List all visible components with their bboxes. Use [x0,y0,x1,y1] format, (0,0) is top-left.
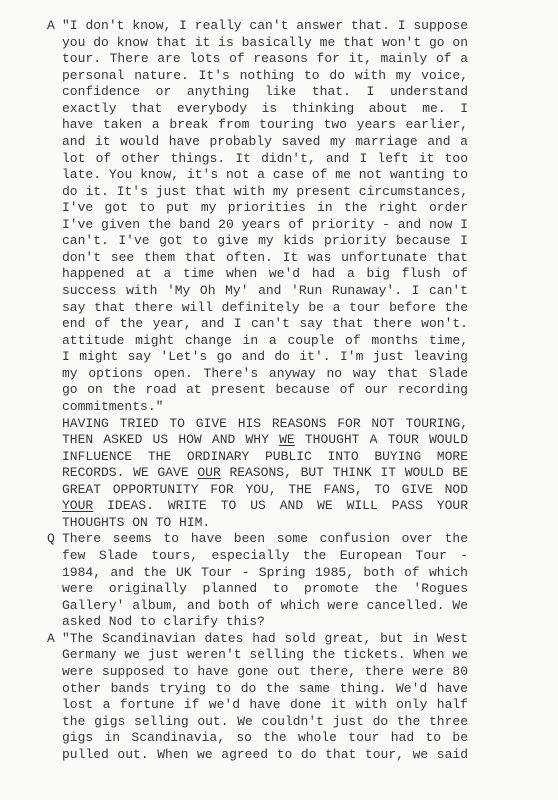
text-line: THEN ASKED US HOW AND WHY WE THOUGHT A T… [62,432,468,449]
text-run: "The Scandinavian dates had sold great, … [62,631,468,646]
text-line: can't. I've got to give my kids priority… [62,233,468,250]
underlined-word: OUR [197,465,220,480]
text-run: THOUGHT A TOUR WOULD [295,432,468,447]
text-run: gigs in Scandinavia, so the whole tour h… [62,730,468,745]
text-line: lot of other things. It didn't, and I le… [62,151,468,168]
text-run: RECORDS. WE GAVE [62,465,197,480]
text-line: YOUR IDEAS. WRITE TO US AND WE WILL PASS… [62,498,468,515]
text-line: personal nature. It's nothing to do with… [62,68,468,85]
text-run: I've given the band 20 years of priority… [62,217,468,232]
text-run: pulled out. When we agreed to do that to… [62,747,468,762]
text-run: end of the year, and I can't say that th… [62,316,468,333]
text-line: There seems to have been some confusion … [62,531,468,548]
text-line: you do know that it is basically me that… [62,35,468,52]
text-line: and it would have probably saved my marr… [62,134,468,151]
text-run: asked Nod to clarify this? [62,614,265,629]
text-line: "The Scandinavian dates had sold great, … [62,631,468,648]
text-line: end of the year, and I can't say that th… [62,316,468,333]
text-run: the gigs selling out. We couldn't just d… [62,714,468,729]
text-line: commitments." [62,399,468,416]
text-line: go on the road at present because of our… [62,382,468,399]
text-line: lost a fortune if we'd have done it with… [62,697,468,714]
text-run: can't. I've got to give my kids priority… [62,233,468,248]
text-line: I've got to put my priorities in the rig… [62,200,468,217]
text-line: say that there will definitely be a tour… [62,300,468,317]
text-run: and it would have probably saved my marr… [62,134,468,149]
text-run: confidence or anything like that. I unde… [62,84,468,99]
text-line: were supposed to have gone out there, th… [62,664,468,681]
text-run: lost a fortune if we'd have done it with… [62,697,468,712]
text-run: HAVING TRIED TO GIVE HIS REASONS FOR NOT… [62,416,468,433]
text-run: I've got to put my priorities in the rig… [62,200,468,217]
text-line: the gigs selling out. We couldn't just d… [62,714,468,731]
answer-paragraph: A"I don't know, I really can't answer th… [0,18,558,416]
text-run: IDEAS. WRITE TO US AND WE WILL PASS YOUR [93,498,468,513]
text-run: commitments." [62,399,163,414]
text-line: confidence or anything like that. I unde… [62,84,468,101]
document-page: A"I don't know, I really can't answer th… [0,18,558,763]
text-run: were supposed to have gone out there, th… [62,664,468,679]
text-run: personal nature. It's nothing to do with… [62,68,468,85]
text-line: gigs in Scandinavia, so the whole tour h… [62,730,468,747]
text-line: exactly that everybody is thinking about… [62,101,468,118]
text-line: few Slade tours, especially the European… [62,548,468,565]
text-line: happened at a time when we'd had a big f… [62,266,468,283]
text-run: THOUGHTS ON TO HIM. [62,515,210,530]
text-run: have taken a break from touring two year… [62,117,468,132]
text-line: don't see them that often. It was unfort… [62,250,468,267]
text-line: RECORDS. WE GAVE OUR REASONS, BUT THINK … [62,465,468,482]
text-run: 1984, and the UK Tour - Spring 1985, bot… [62,565,468,580]
text-line: THOUGHTS ON TO HIM. [62,515,468,532]
text-line: asked Nod to clarify this? [62,614,468,631]
answer-paragraph: A"The Scandinavian dates had sold great,… [0,631,558,764]
text-run: GREAT OPPORTUNITY FOR YOU, THE FANS, TO … [62,482,468,497]
text-line: Germany we just weren't selling the tick… [62,647,468,664]
text-line: I might say 'Let's go and do it'. I'm ju… [62,349,468,366]
text-line: HAVING TRIED TO GIVE HIS REASONS FOR NOT… [62,416,468,433]
text-run: were originally planned to promote the '… [62,581,468,596]
text-line: "I don't know, I really can't answer tha… [62,18,468,35]
text-run: tour. There are lots of reasons for it, … [62,51,468,66]
text-run: do it. It's just that with my present ci… [62,184,468,199]
text-line: late. You know, it's not a case of me no… [62,167,468,184]
text-run: happened at a time when we'd had a big f… [62,266,468,281]
text-line: INFLUENCE THE ORDINARY PUBLIC INTO BUYIN… [62,449,468,466]
text-line: were originally planned to promote the '… [62,581,468,598]
text-line: my options open. There's anyway no way t… [62,366,468,383]
text-run: There seems to have been some confusion … [62,531,468,548]
text-run: other bands trying to do the same thing.… [62,681,468,696]
text-line: I've given the band 20 years of priority… [62,217,468,234]
text-line: 1984, and the UK Tour - Spring 1985, bot… [62,565,468,582]
answer-label: A [47,18,55,35]
text-run: Germany we just weren't selling the tick… [62,647,468,662]
text-run: few Slade tours, especially the European… [62,548,468,565]
text-line: attitude might change in a couple of mon… [62,333,468,350]
text-run: exactly that everybody is thinking about… [62,101,468,118]
text-line: do it. It's just that with my present ci… [62,184,468,201]
text-run: attitude might change in a couple of mon… [62,333,468,350]
text-run: late. You know, it's not a case of me no… [62,167,468,182]
text-run: INFLUENCE THE ORDINARY PUBLIC INTO BUYIN… [62,449,468,464]
question-label: Q [47,531,55,548]
editorial-paragraph: HAVING TRIED TO GIVE HIS REASONS FOR NOT… [0,416,558,532]
text-run: say that there will definitely be a tour… [62,300,468,315]
text-run: go on the road at present because of our… [62,382,468,397]
text-line: have taken a break from touring two year… [62,117,468,134]
text-line: Gallery' album, and both of which were c… [62,598,468,615]
text-run: don't see them that often. It was unfort… [62,250,468,267]
text-run: success with 'My Oh My' and 'Run Runaway… [62,283,468,298]
text-run: THEN ASKED US HOW AND WHY [62,432,279,447]
text-run: Gallery' album, and both of which were c… [62,598,468,613]
text-run: lot of other things. It didn't, and I le… [62,151,468,166]
text-run: my options open. There's anyway no way t… [62,366,468,383]
answer-label: A [47,631,55,648]
text-line: tour. There are lots of reasons for it, … [62,51,468,68]
text-run: I might say 'Let's go and do it'. I'm ju… [62,349,468,364]
text-line: GREAT OPPORTUNITY FOR YOU, THE FANS, TO … [62,482,468,499]
text-line: other bands trying to do the same thing.… [62,681,468,698]
question-paragraph: QThere seems to have been some confusion… [0,531,558,630]
text-line: pulled out. When we agreed to do that to… [62,747,468,764]
underlined-word: YOUR [62,498,93,513]
text-run: you do know that it is basically me that… [62,35,468,50]
underlined-word: WE [279,432,295,447]
text-run: "I don't know, I really can't answer tha… [62,18,468,33]
text-line: success with 'My Oh My' and 'Run Runaway… [62,283,468,300]
